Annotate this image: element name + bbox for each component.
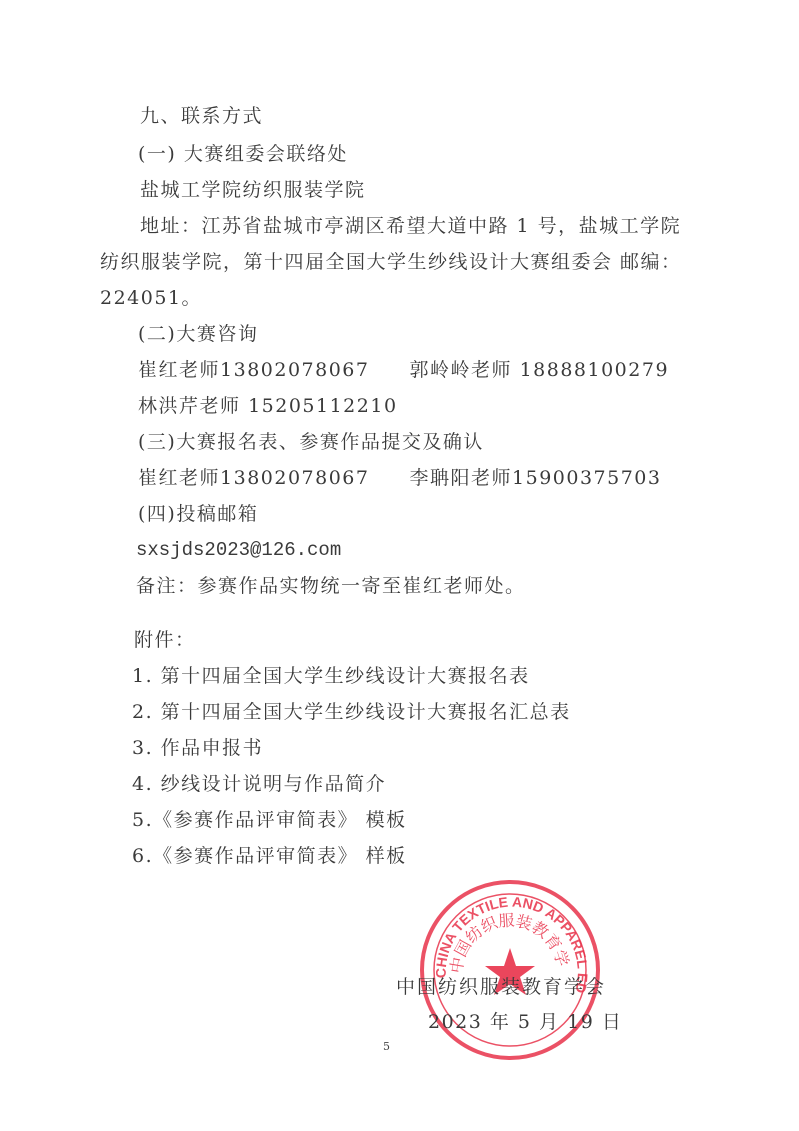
sub4-heading: (四)投稿邮箱 bbox=[138, 502, 258, 526]
sub3-heading: (三)大赛报名表、参赛作品提交及确认 bbox=[138, 430, 484, 454]
contact-phone: 18888100279 bbox=[520, 359, 669, 381]
email-address: sxsjds2023@126.com bbox=[136, 538, 341, 562]
contact-phone: 13802078067 bbox=[220, 359, 369, 381]
attachment-item: 3. 作品申报书 bbox=[132, 736, 263, 760]
contact-phone: 15900375703 bbox=[512, 467, 661, 489]
sub1-org: 盐城工学院纺织服装学院 bbox=[140, 178, 366, 202]
contact-name: 李聃阳老师 bbox=[410, 467, 513, 489]
sub2-contacts-row2: 林洪芹老师 15205112210 bbox=[138, 394, 398, 418]
contact-name: 林洪芹老师 bbox=[138, 395, 241, 417]
official-seal-icon: CHINA TEXTILE AND APPAREL EDUCATION SOCI… bbox=[418, 878, 602, 1062]
signature-date: 2023 年 5 月 19 日 bbox=[428, 1010, 622, 1034]
sub1-address-line3: 224051。 bbox=[100, 286, 202, 310]
sub2-contacts-row1: 崔红老师13802078067郭岭岭老师 18888100279 bbox=[138, 358, 669, 382]
attachments-label: 附件： bbox=[134, 628, 196, 652]
sub1-address-line2: 纺织服装学院，第十四届全国大学生纱线设计大赛组委会 邮编： bbox=[100, 250, 682, 274]
section-title: 九、联系方式 bbox=[140, 104, 263, 128]
contact-phone: 13802078067 bbox=[220, 467, 369, 489]
note: 备注：参赛作品实物统一寄至崔红老师处。 bbox=[136, 574, 526, 598]
sub1-heading: (一) 大赛组委会联络处 bbox=[138, 142, 348, 166]
contact-phone: 15205112210 bbox=[248, 395, 397, 417]
attachment-item: 1. 第十四届全国大学生纱线设计大赛报名表 bbox=[132, 664, 530, 688]
contact-name: 郭岭岭老师 bbox=[410, 359, 513, 381]
attachment-item: 6.《参赛作品评审简表》 样板 bbox=[132, 844, 407, 868]
contact-name: 崔红老师 bbox=[138, 359, 220, 381]
sub1-address-line1: 地址：江苏省盐城市亭湖区希望大道中路 1 号，盐城工学院 bbox=[140, 214, 681, 238]
sub3-contacts: 崔红老师13802078067李聃阳老师15900375703 bbox=[138, 466, 662, 490]
attachment-item: 4. 纱线设计说明与作品简介 bbox=[132, 772, 386, 796]
attachment-item: 5.《参赛作品评审简表》 模板 bbox=[132, 808, 407, 832]
page-number: 5 bbox=[383, 1040, 390, 1053]
attachment-item: 2. 第十四届全国大学生纱线设计大赛报名汇总表 bbox=[132, 700, 571, 724]
sub2-heading: (二)大赛咨询 bbox=[138, 322, 258, 346]
contact-name: 崔红老师 bbox=[138, 467, 220, 489]
signature-org: 中国纺织服装教育学会 bbox=[396, 975, 606, 999]
